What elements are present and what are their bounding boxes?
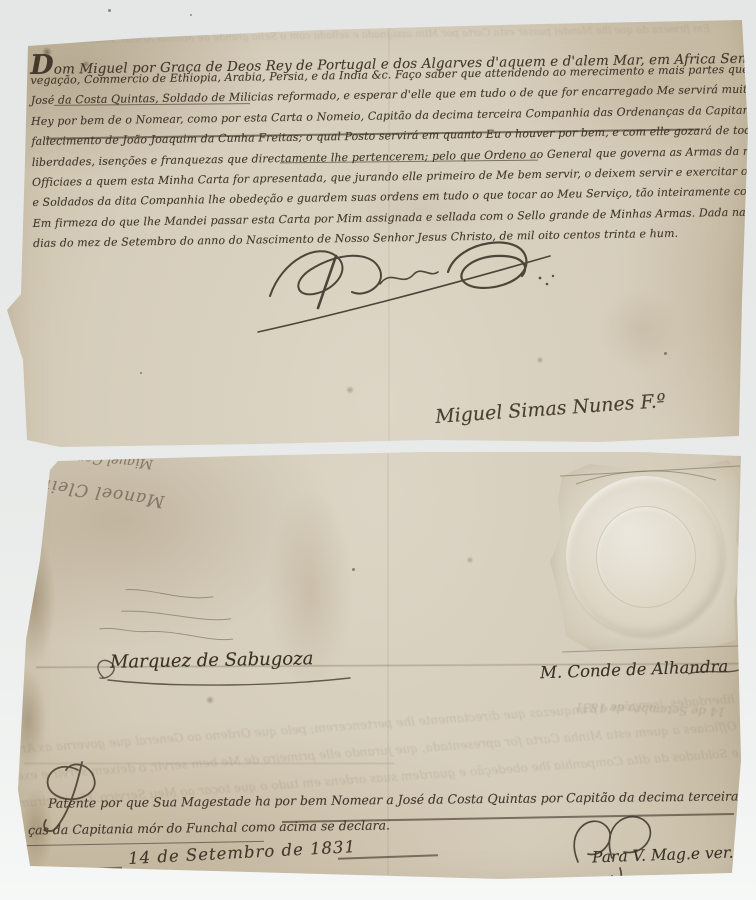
ink-speck <box>664 352 667 355</box>
ink-speck <box>352 568 355 571</box>
royal-signature-flourish <box>252 226 582 345</box>
inverted-signature-2: Manoel Cleira <box>29 473 165 512</box>
secretary-signature: Miguel Simas Nunes F.º <box>435 390 667 428</box>
photo-background: Em firmeza do que lhe Mandei passar esta… <box>0 0 756 900</box>
dust-speck <box>190 14 192 16</box>
inverted-signature-1: Miguel Gomes <box>58 448 154 471</box>
ink-speck <box>140 372 142 374</box>
dust-speck <box>108 9 111 12</box>
letter-text: Dom Miguel por Graça de Deos Rey de Port… <box>30 39 747 258</box>
minister-flourish <box>88 648 368 698</box>
date-dash-left <box>30 867 122 874</box>
faint-inverted-inscription <box>89 562 246 651</box>
approval-signature: Para V. Mag.e ver. <box>592 844 734 867</box>
seal-fold-lines <box>556 452 746 666</box>
bleed-through-block: liberdades, isenções e franquezas que di… <box>390 686 740 791</box>
